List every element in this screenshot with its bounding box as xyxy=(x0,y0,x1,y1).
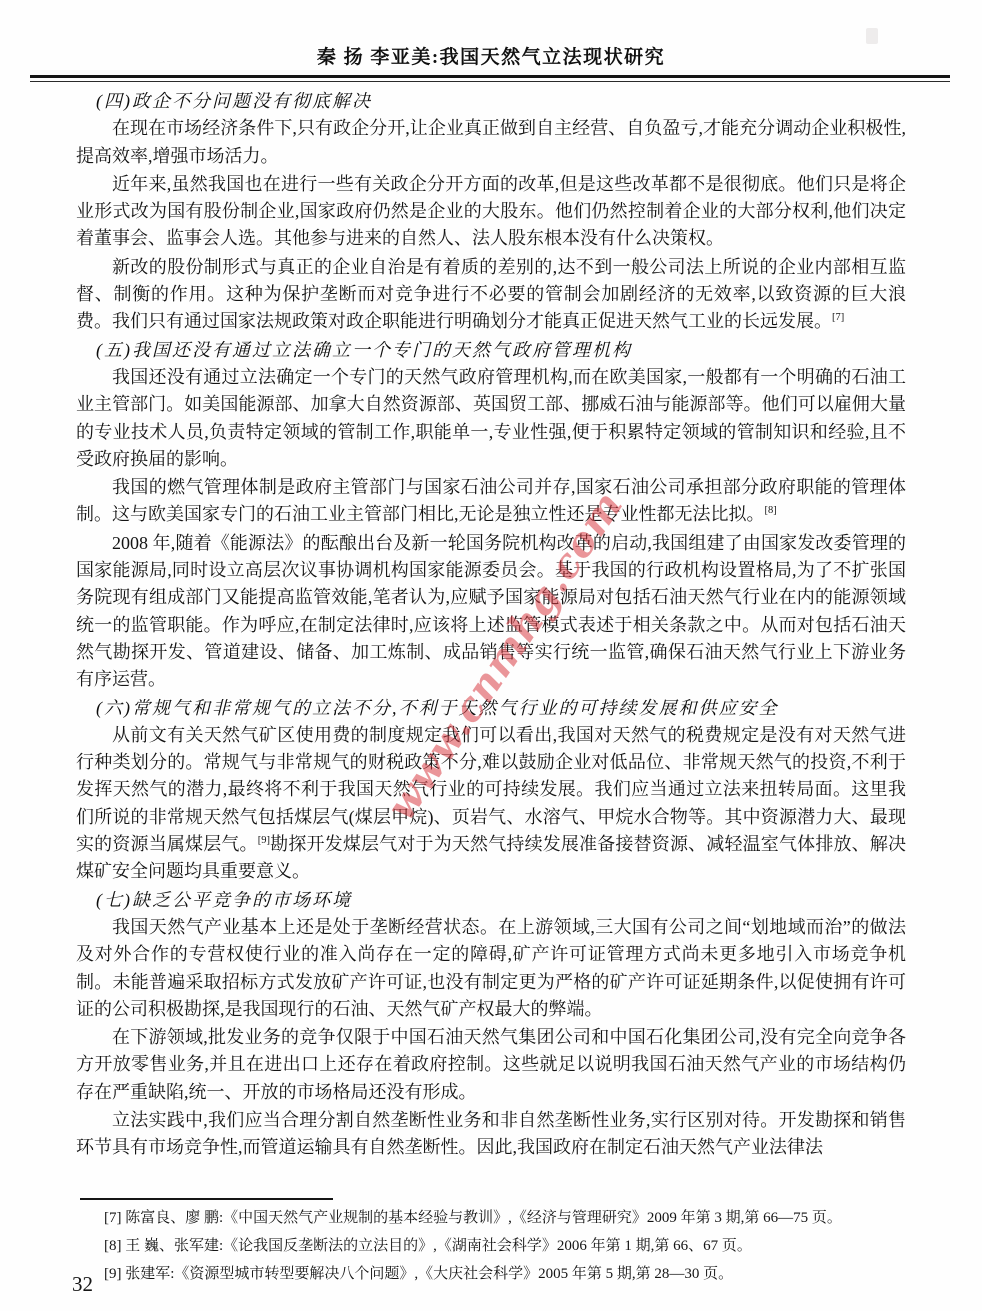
paragraph: 我国天然气产业基本上还是处于垄断经营状态。在上游领域,三大国有公司之间“划地域而… xyxy=(76,914,906,1023)
paragraph: 2008 年,随着《能源法》的酝酿出台及新一轮国务院机构改革的启动,我国组建了由… xyxy=(76,530,906,694)
footnote-ref-8: [8] xyxy=(765,505,777,516)
paragraph-text: 立法实践中,我们应当合理分割自然垄断性业务和非自然垄断性业务,实行区别对待。开发… xyxy=(76,1110,906,1157)
footnote-ref-9: [9] xyxy=(258,835,270,846)
section-heading-7: (七)缺乏公平竞争的市场环境 xyxy=(76,887,906,914)
paragraph: 从前文有关天然气矿区使用费的制度规定我们可以看出,我国对天然气的税费规定是没有对… xyxy=(76,722,906,886)
article-body: (四)政企不分问题没有彻底解决 在现在市场经济条件下,只有政企分开,让企业真正做… xyxy=(76,88,906,1163)
paragraph: 立法实践中,我们应当合理分割自然垄断性业务和非自然垄断性业务,实行区别对待。开发… xyxy=(76,1107,906,1162)
paragraph: 近年来,虽然我国也在进行一些有关政企分开方面的改革,但是这些改革都不是很彻底。他… xyxy=(76,171,906,253)
footnote-9: [9] 张建军:《资源型城市转型要解决八个问题》,《大庆社会科学》2005 年第… xyxy=(76,1260,916,1288)
paragraph: 我国还没有通过立法确定一个专门的天然气政府管理机构,而在欧美国家,一般都有一个明… xyxy=(76,364,906,473)
running-head: 秦 扬 李亚美:我国天然气立法现状研究 xyxy=(0,42,982,69)
document-page: www.cnmhg.com 秦 扬 李亚美:我国天然气立法现状研究 (四)政企不… xyxy=(0,0,982,1311)
paragraph-text: 我国的燃气管理体制是政府主管部门与国家石油公司并存,国家石油公司承担部分政府职能… xyxy=(76,477,906,524)
paragraph: 我国的燃气管理体制是政府主管部门与国家石油公司并存,国家石油公司承担部分政府职能… xyxy=(76,474,906,529)
paragraph-text: 我国天然气产业基本上还是处于垄断经营状态。在上游领域,三大国有公司之间“划地域而… xyxy=(76,917,906,1019)
footnote-rule xyxy=(80,1198,333,1200)
footnote-ref-7: [7] xyxy=(832,312,844,323)
paragraph-text: 近年来,虽然我国也在进行一些有关政企分开方面的改革,但是这些改革都不是很彻底。他… xyxy=(76,174,906,249)
paragraph: 新改的股份制形式与真正的企业自治是有着质的差别的,达不到一般公司法上所说的企业内… xyxy=(76,254,906,336)
header-rule xyxy=(30,75,950,82)
section-heading-5: (五)我国还没有通过立法确立一个专门的天然气政府管理机构 xyxy=(76,337,906,364)
footnote-7: [7] 陈富良、廖 鹏:《中国天然气产业规制的基本经验与教训》,《经济与管理研究… xyxy=(76,1204,916,1232)
paragraph-text: 在现在市场经济条件下,只有政企分开,让企业真正做到自主经营、自负盈亏,才能充分调… xyxy=(76,118,906,165)
section-heading-4: (四)政企不分问题没有彻底解决 xyxy=(76,88,906,115)
paragraph: 在现在市场经济条件下,只有政企分开,让企业真正做到自主经营、自负盈亏,才能充分调… xyxy=(76,115,906,170)
paragraph-text: 新改的股份制形式与真正的企业自治是有着质的差别的,达不到一般公司法上所说的企业内… xyxy=(76,257,906,332)
section-heading-6: (六)常规气和非常规气的立法不分,不利于天然气行业的可持续发展和供应安全 xyxy=(76,695,906,722)
page-number: 32 xyxy=(72,1272,93,1297)
paragraph: 在下游领域,批发业务的竞争仅限于中国石油天然气集团公司和中国石化集团公司,没有完… xyxy=(76,1024,906,1106)
footnote-8: [8] 王 巍、张军建:《论我国反垄断法的立法目的》,《湖南社会科学》2006 … xyxy=(76,1232,916,1260)
paragraph-text: 我国还没有通过立法确定一个专门的天然气政府管理机构,而在欧美国家,一般都有一个明… xyxy=(76,367,906,469)
footnote-area: [7] 陈富良、廖 鹏:《中国天然气产业规制的基本经验与教训》,《经济与管理研究… xyxy=(76,1204,916,1288)
paragraph-text: 2008 年,随着《能源法》的酝酿出台及新一轮国务院机构改革的启动,我国组建了由… xyxy=(76,533,906,689)
paragraph-text: 在下游领域,批发业务的竞争仅限于中国石油天然气集团公司和中国石化集团公司,没有完… xyxy=(76,1027,906,1102)
